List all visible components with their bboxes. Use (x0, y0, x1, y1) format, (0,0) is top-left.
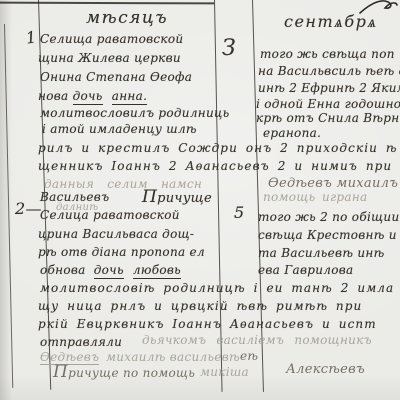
day-number-3: З (222, 38, 236, 60)
entry1-left-line5: молитвословилъ родилниць (40, 107, 230, 119)
day-number-5: 5 (234, 205, 244, 221)
month-header-left: мѣсяцъ (86, 10, 168, 27)
entry2-signature-prichusche: Причуще по помощь (53, 364, 195, 381)
entry1-daughter-name: анна. (112, 89, 147, 105)
entry2-right-line4: ева Гаврилова (258, 264, 353, 276)
entry2-annotation-mikisha: микіша (200, 366, 249, 378)
entry1-daughter-prefix: нова (38, 89, 68, 103)
entry2-signature-alekseev: Алексѣевъ (286, 363, 365, 376)
entry2-fullwidth-line1: молитвословіѣ родилницѣ і еи танѣ 2 имла (40, 282, 394, 294)
entry1-right-line6: еранопа. (263, 127, 321, 139)
entry1-daughter-word: дочь (73, 89, 103, 105)
entry1-right-line5: крѣ отъ Снила Вѣрницѣ (256, 112, 400, 124)
entry1-fullwidth-line2: щенникъ Іоаннъ 2 Аѳанасьевъ 2 и нимиъ пр… (38, 160, 392, 172)
entry1-left-line3: Онина Степана Ѳеофа (40, 71, 192, 83)
entry-number-2: 2— (15, 201, 42, 217)
entry2-annotation-line1: дьячкомъ василіемъ помощникъ (142, 334, 372, 346)
entry1-right-line3: инѣ 2 Ефринѣ 2 Яким (258, 82, 400, 94)
entry2-annotation-fedeev: Ѳедѣевъ (40, 351, 99, 365)
entry1-annotation-pomoshch: помощь (263, 191, 315, 203)
entry1-right-line1: того жь свѣща поп (260, 48, 395, 60)
entry1-right-line2: на Васильвсиль ѣеѣ с (258, 65, 400, 77)
entry1-annotation-names: Ѳедѣевъ михаилъ (268, 177, 398, 190)
entry1-signature-prichusche: Причуще (142, 189, 212, 206)
entry-number-1: 1 (25, 29, 38, 46)
entry1-left-line6: і атой имладенцу шлѣ (42, 123, 197, 135)
entry1-right-line4: і одной Енна годошно (256, 98, 400, 110)
table-rule-top (0, 2, 214, 4)
entry2-annotation-flourish: еѣ (240, 350, 258, 362)
entry2-fullwidth-line3: ркій Евцрквникъ Іоаннъ Аѳанасьевъ и испт (38, 318, 377, 330)
entry2-left-line1: Селица раватовской (40, 209, 180, 221)
entry1-left-line4: нова дочь анна. (38, 90, 152, 102)
entry1-left-line2: щина Жилева церкви (38, 52, 181, 64)
entry2-right-line2: свѣща Крестовнѣ и (258, 229, 397, 241)
entry2-left-line4: обнова дочь любовь (40, 264, 186, 276)
entry2-daughter-prefix: обнова (40, 263, 86, 277)
entry2-signature-otpravlyali: отправляли (40, 336, 122, 348)
page-edge-rule (4, 24, 14, 388)
entry2-left-line2: црина Васильваса дощ- (38, 228, 194, 240)
entry1-fullwidth-line1: рилъ и крестилъ Сождри онъ 2 приходскіи … (38, 142, 398, 154)
month-header-september: сентѧбрѧ (284, 14, 378, 30)
entry1-annotation-igrana: играна (322, 191, 368, 203)
entry2-left-line3: рѣ отв діана пропопа ел (38, 246, 205, 258)
manuscript-page: мѣсяцъ сентѧбрѧ 1 2— З 5 Селища раватовс… (0, 0, 400, 400)
entry2-right-line1: того жь 2 по обіщии (258, 211, 399, 223)
entry1-left-line1: Селища раватовской (40, 33, 183, 45)
pen-curl-icon (358, 0, 398, 16)
entry2-daughter-name: любовь (133, 263, 181, 279)
entry2-annotation-names: михаилѣ васильевѣ (106, 351, 240, 363)
entry2-fullwidth-line2: щу ница рнлъ и црвцкій ѣвѣ римѣѣ при (38, 300, 362, 312)
entry2-daughter-word: дочь (94, 263, 124, 279)
entry2-right-line3: та Васильевѣ инѣ (258, 247, 384, 259)
